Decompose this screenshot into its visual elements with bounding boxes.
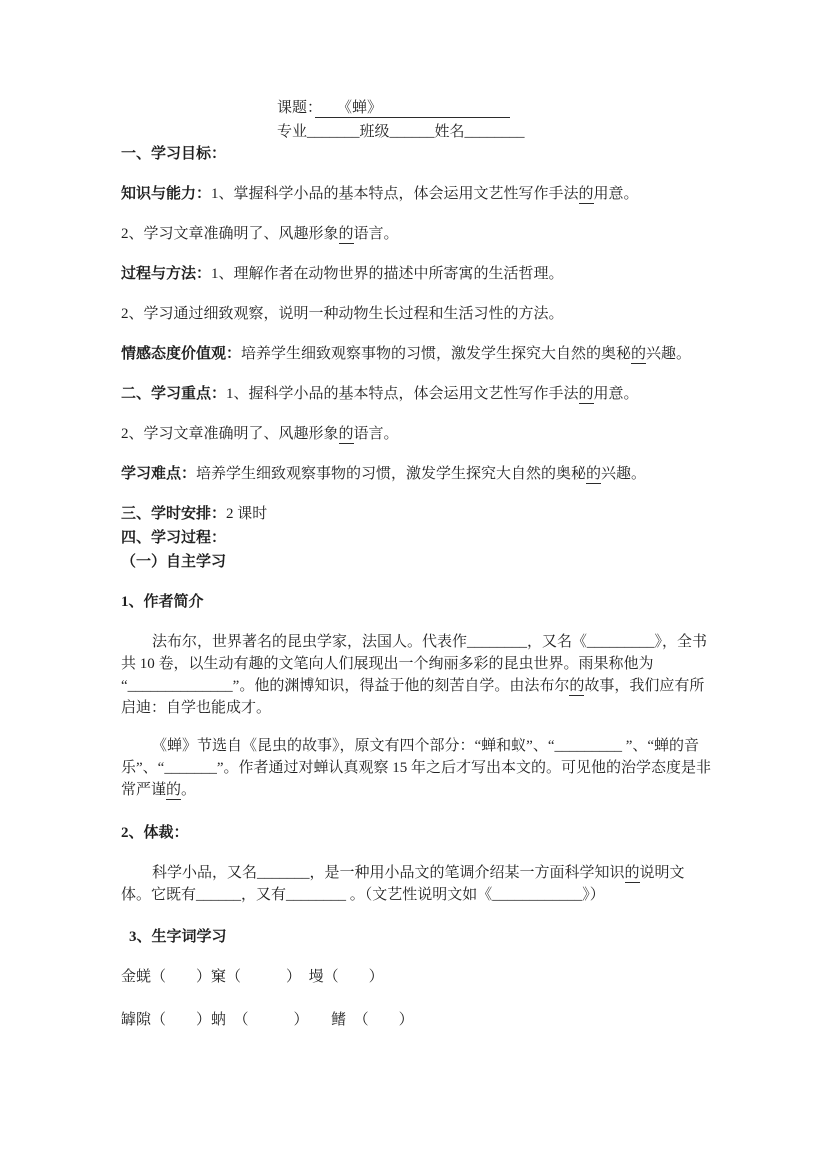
- fill-blank: ________: [286, 887, 346, 903]
- item-heading-genre: 2、体裁：: [121, 825, 189, 841]
- lesson-title: 《蝉》: [345, 100, 375, 118]
- title-blank-left: [315, 100, 345, 118]
- vocab-word: 窠: [211, 969, 226, 985]
- learning-focus-heading: 二、学习重点：1、握科学小品的基本特点，体会运用文艺性写作手法的用意。: [121, 383, 711, 405]
- vocab-word: 金蜣: [121, 969, 151, 985]
- fill-blank: _______: [257, 865, 310, 881]
- class-hours: 2 课时: [226, 506, 267, 522]
- spacer: [301, 1012, 331, 1028]
- fill-blank: ______________: [128, 678, 233, 694]
- genre-paragraph: 科学小品，又名_______，是一种用小品文的笔调介绍某一方面科学知识的说明文体…: [121, 862, 711, 906]
- underlined-de: 的: [579, 386, 594, 404]
- document-page: 课题： 《蝉》 专业_______班级______姓名________ 一、学习…: [0, 0, 827, 1169]
- vocab-word: 鳍: [331, 1012, 346, 1028]
- schedule-heading: 三、学时安排：2 课时: [121, 503, 711, 525]
- text-segment: ，又有: [241, 887, 286, 903]
- learning-goals-heading: 一、学习目标：: [121, 143, 711, 165]
- subheading-knowledge: 知识与能力：: [121, 186, 211, 202]
- name-label: 姓名: [435, 124, 465, 140]
- underlined-de: 的: [569, 678, 584, 696]
- goal-language: 2、学习文章准确明了、风趣形象的语言。: [121, 223, 711, 245]
- text-segment: 用意。: [594, 186, 639, 202]
- text-segment: 。: [181, 782, 196, 798]
- name-blank: ________: [465, 124, 525, 140]
- section-heading-3: 三、学时安排：: [121, 506, 226, 522]
- text-segment: ，又名《: [527, 634, 587, 650]
- fill-blank: ________: [467, 634, 527, 650]
- text-segment: 1、握科学小品的基本特点，体会运用文艺性写作手法: [226, 386, 579, 402]
- text-segment: 培养学生细致观察事物的习惯，激发学生探究大自然的奥秘: [196, 466, 586, 482]
- underlined-de: 的: [339, 426, 354, 444]
- text-segment: 兴趣。: [646, 346, 691, 362]
- text-segment: 2、学习文章准确明了、风趣形象: [121, 226, 339, 242]
- goal-process-method: 过程与方法：1、理解作者在动物世界的描述中所寄寓的生活哲理。: [121, 263, 711, 285]
- author-intro-paragraph: 法布尔，世界著名的昆虫学家，法国人。代表作________，又名《_______…: [121, 631, 711, 719]
- fill-blank: _________: [587, 634, 655, 650]
- text-segment: 。（文艺性说明文如《: [346, 887, 492, 903]
- text-segment: 2、学习通过细致观察，说明一种动物生长过程和生活习性的方法。: [121, 306, 564, 322]
- goal-knowledge-ability: 知识与能力：1、掌握科学小品的基本特点，体会运用文艺性写作手法的用意。: [121, 183, 711, 205]
- major-blank: _______: [307, 124, 360, 140]
- text-segment: 用意。: [594, 386, 639, 402]
- item-heading-vocab: 3、生字词学习: [129, 929, 227, 945]
- text-segment: ”。他的渊博知识，得益于他的刻苦自学。由法布尔: [233, 678, 570, 694]
- vocab-word: 墁: [309, 969, 324, 985]
- text-segment: 2、学习文章准确明了、风趣形象: [121, 426, 339, 442]
- underlined-de: 的: [586, 466, 601, 484]
- item-heading-author: 1、作者简介: [121, 594, 204, 610]
- spacer: [294, 969, 309, 985]
- fill-blank: _________: [554, 738, 622, 754]
- text-segment: 1、掌握科学小品的基本特点，体会运用文艺性写作手法: [211, 186, 579, 202]
- text-segment: 兴趣。: [601, 466, 646, 482]
- cicada-source-paragraph: 《蝉》节选自《昆虫的故事》，原文有四个部分：“蝉和蚁”、“_________ ”…: [121, 735, 711, 801]
- text-segment: ，是一种用小品文的笔调介绍某一方面科学知识: [310, 865, 625, 881]
- text-segment: 》）: [582, 887, 605, 903]
- pinyin-blank: （ ）: [324, 969, 384, 985]
- student-info-line: 专业_______班级______姓名________: [277, 121, 711, 143]
- pinyin-blank: （ ）: [346, 1012, 414, 1028]
- underlined-de: 的: [166, 782, 181, 800]
- subsection-self-study: （一）自主学习: [121, 554, 226, 570]
- section-heading-4: 四、学习过程：: [121, 530, 226, 546]
- subheading-emotion: 情感态度价值观：: [121, 346, 241, 362]
- underlined-de: 的: [631, 346, 646, 364]
- course-title-line: 课题： 《蝉》: [277, 97, 711, 119]
- subheading-difficulty: 学习难点：: [121, 466, 196, 482]
- fill-blank: ______: [196, 887, 241, 903]
- vocab-heading: 3、生字词学习: [129, 926, 711, 948]
- section-heading-1: 一、学习目标：: [121, 146, 226, 162]
- underlined-de: 的: [339, 226, 354, 244]
- pinyin-blank: （ ）: [151, 1012, 211, 1028]
- goal-emotion-values: 情感态度价值观：培养学生细致观察事物的习惯，激发学生探究大自然的奥秘的兴趣。: [121, 343, 711, 365]
- vocab-word: 蚋: [211, 1012, 226, 1028]
- text-segment: 语言。: [354, 226, 399, 242]
- text-segment: 《蝉》节选自《昆虫的故事》，原文有四个部分：“蝉和蚁”、“: [152, 738, 554, 754]
- fill-blank: _______: [164, 760, 217, 776]
- class-label: 班级: [360, 124, 390, 140]
- pinyin-blank: （ ）: [226, 969, 294, 985]
- title-blank-right: [375, 100, 510, 118]
- learning-difficulty: 学习难点：培养学生细致观察事物的习惯，激发学生探究大自然的奥秘的兴趣。: [121, 463, 711, 485]
- text-segment: 语言。: [354, 426, 399, 442]
- author-intro-heading: 1、作者简介: [121, 591, 711, 613]
- course-title-label: 课题：: [277, 100, 315, 116]
- vocab-row-2: 罅隙（ ）蚋 （ ） 鳍 （ ）: [121, 1009, 711, 1031]
- text-segment: 科学小品，又名: [152, 865, 257, 881]
- vocab-row-1: 金蜣（ ）窠（ ） 墁（ ）: [121, 966, 711, 988]
- major-label: 专业: [277, 124, 307, 140]
- class-blank: ______: [390, 124, 435, 140]
- underlined-de: 的: [625, 865, 640, 883]
- text-segment: 培养学生细致观察事物的习惯，激发学生探究大自然的奥秘: [241, 346, 631, 362]
- learning-process-heading: 四、学习过程：: [121, 527, 711, 549]
- section-heading-2: 二、学习重点：: [121, 386, 226, 402]
- vocab-word: 罅隙: [121, 1012, 151, 1028]
- text-segment: 1、理解作者在动物世界的描述中所寄寓的生活哲理。: [211, 266, 564, 282]
- focus-language: 2、学习文章准确明了、风趣形象的语言。: [121, 423, 711, 445]
- pinyin-blank: （ ）: [226, 1012, 301, 1028]
- subheading-process: 过程与方法：: [121, 266, 211, 282]
- fill-blank: ____________: [492, 887, 582, 903]
- text-segment: 法布尔，世界著名的昆虫学家，法国人。代表作: [152, 634, 467, 650]
- self-study-subheading: （一）自主学习: [121, 551, 711, 573]
- goal-process-method-2: 2、学习通过细致观察，说明一种动物生长过程和生活习性的方法。: [121, 303, 711, 325]
- genre-heading: 2、体裁：: [121, 822, 711, 844]
- pinyin-blank: （ ）: [151, 969, 211, 985]
- underlined-de: 的: [579, 186, 594, 204]
